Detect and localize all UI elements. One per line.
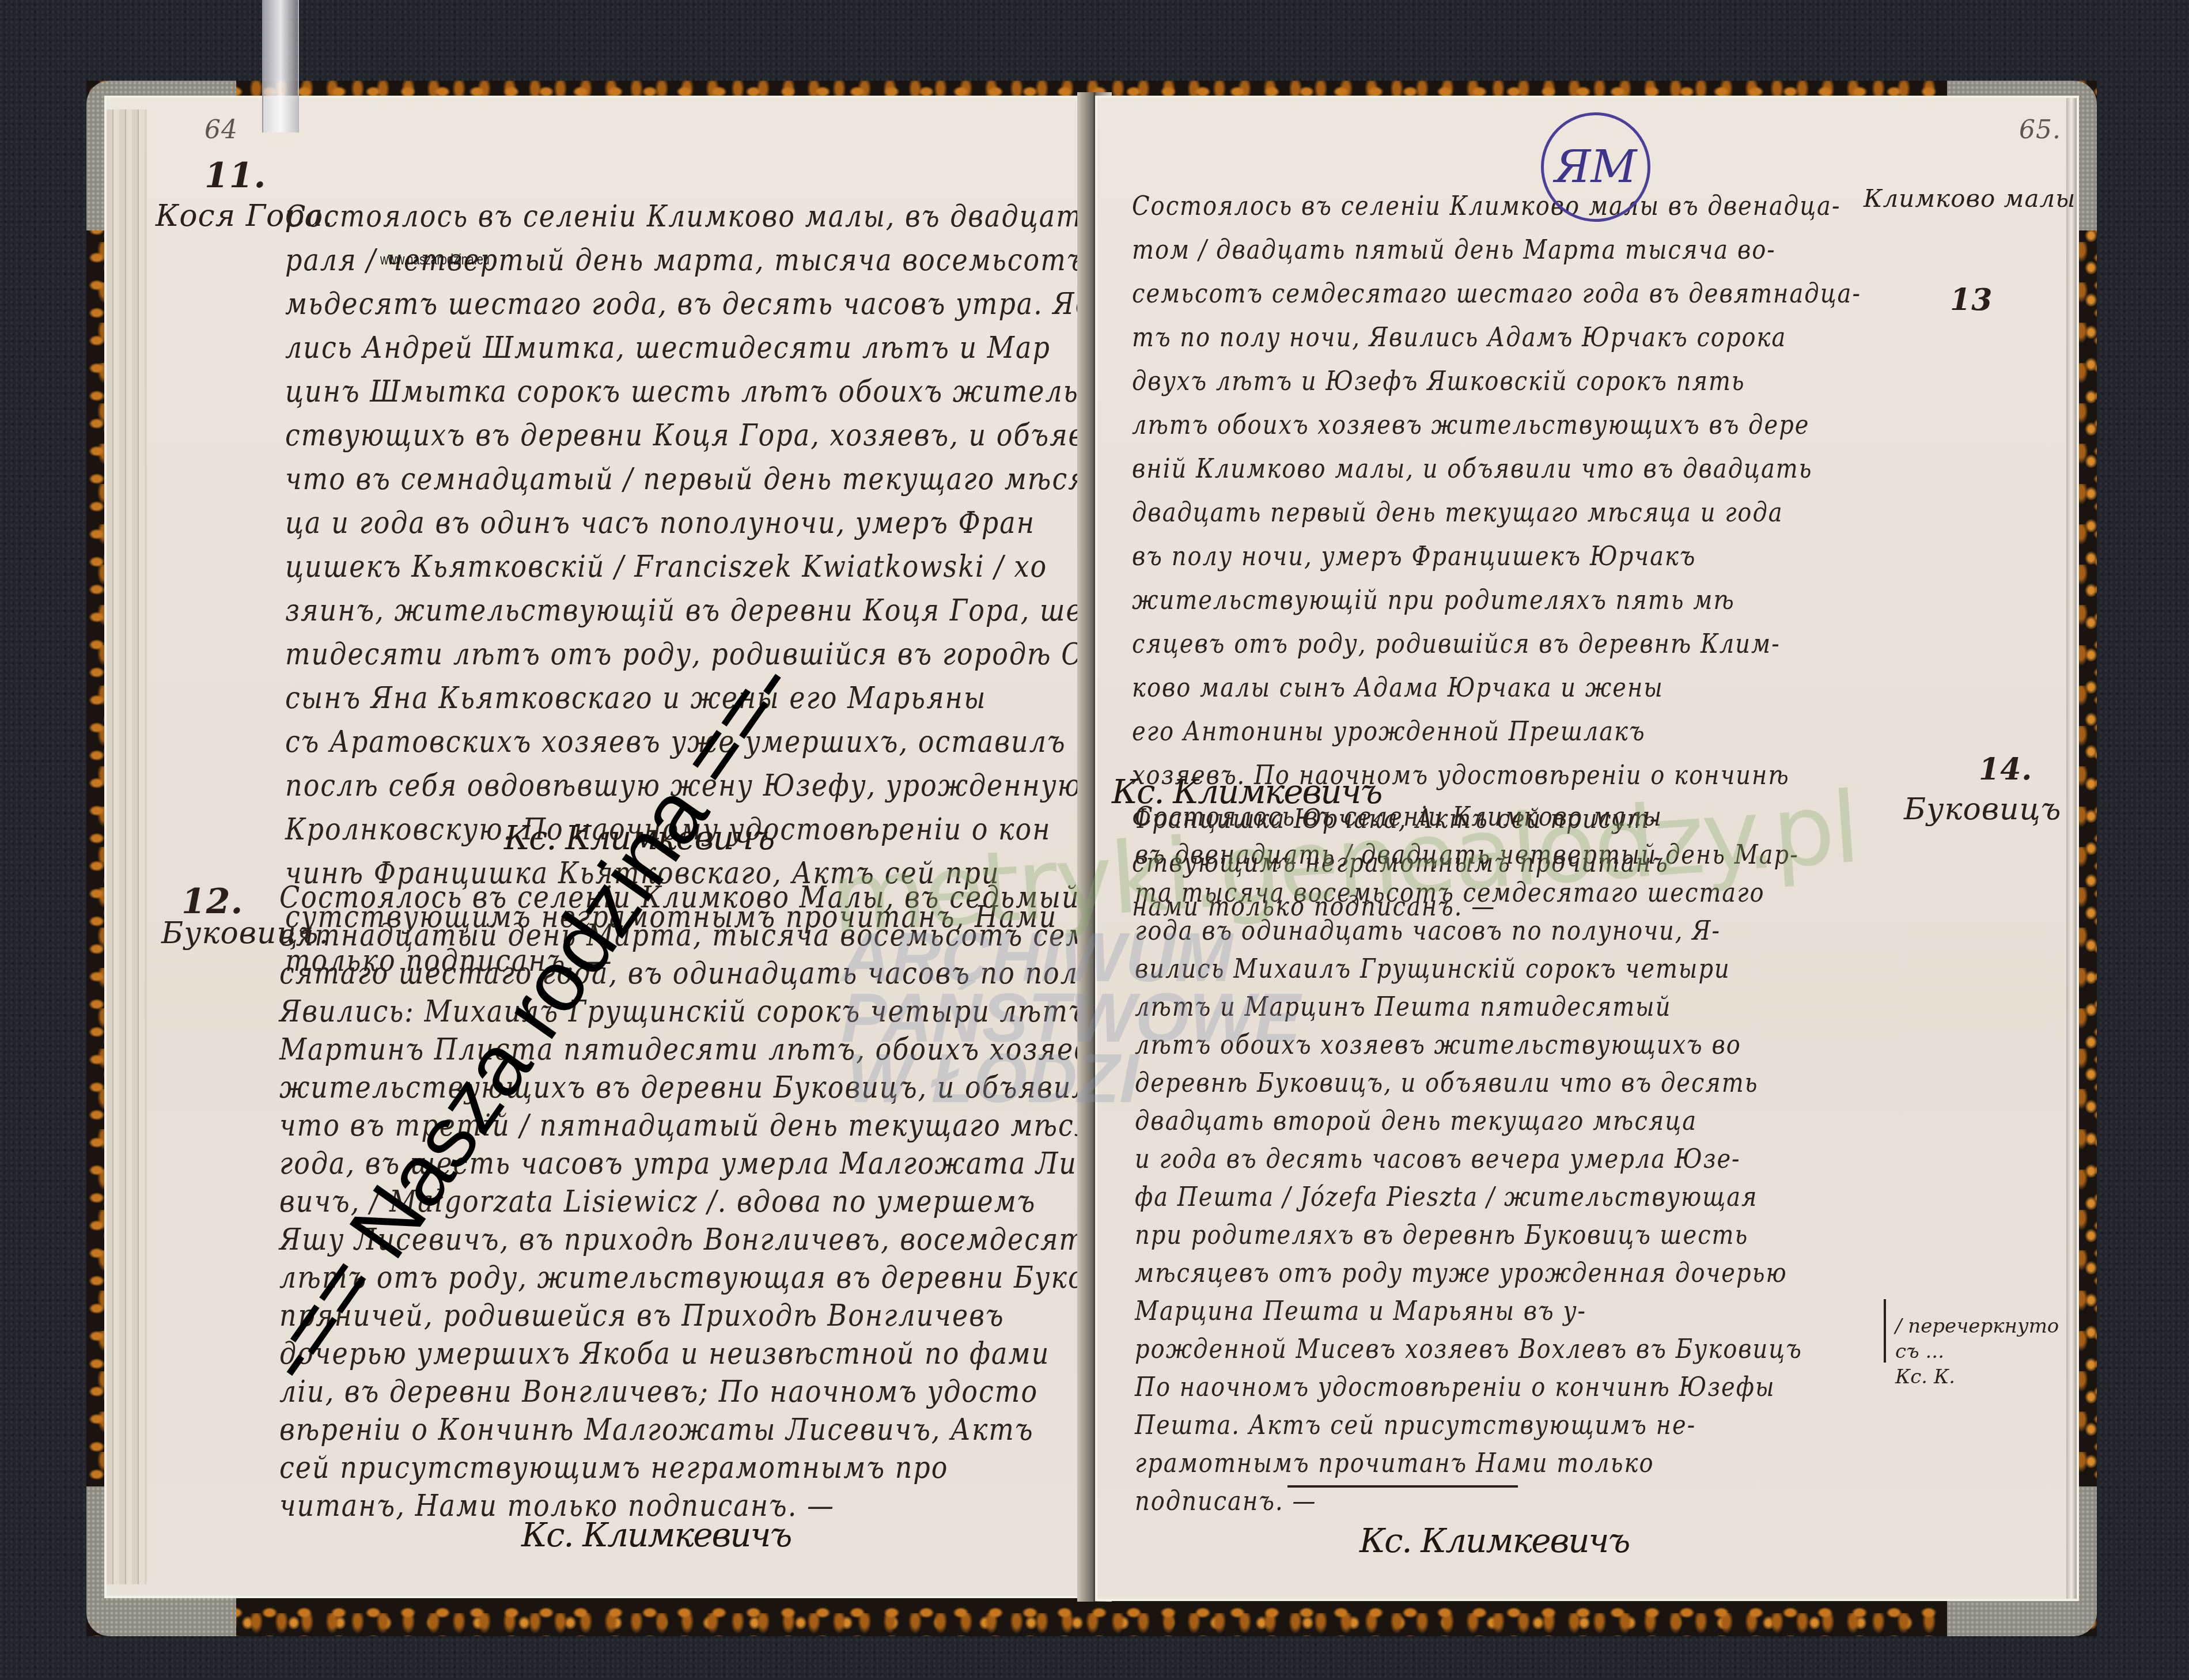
text-line: двадцать второй день текущаго мѣсяца <box>1135 1106 1697 1137</box>
text-line: двухъ лѣтъ и Юзефъ Яшковскій сорокъ пять <box>1132 366 1745 397</box>
text-line: при родителяхъ въ деревнѣ Буковицъ шесть <box>1135 1220 1748 1251</box>
page-number: 64 <box>204 115 238 145</box>
text-line: фа Пешта / Józefa Pieszta / жительствующ… <box>1135 1182 1758 1213</box>
entry-place: Климково малы <box>1864 184 2076 213</box>
margin-bracket <box>1884 1299 1886 1363</box>
text-line: тидесяти лѣтъ отъ роду, родившійся въ го… <box>285 636 1101 672</box>
text-line: въ полу ночи, умеръ Францишекъ Юрчакъ <box>1132 542 1696 572</box>
entry-number: 14. <box>1979 752 2032 787</box>
text-line: что въ семнадцатый / первый день текущаг… <box>285 461 1087 497</box>
page-number: 65. <box>2019 115 2061 145</box>
text-line: мѣсяцевъ отъ роду туже урожденная дочерь… <box>1135 1258 1787 1289</box>
text-line: Состоялось въ селеніи Климково малы, въ … <box>285 198 1188 234</box>
text-line: сей присутствующимъ неграмотнымъ про <box>279 1450 948 1485</box>
text-line: По наочномъ удостовѣреніи о кончинѣ Юзеф… <box>1135 1372 1775 1403</box>
watermark-archive: ARCHIWUM PAŃSTWOWE W ŁODZI <box>841 928 1301 1109</box>
text-line: двадцать первый день текущаго мѣсяца и г… <box>1132 498 1783 528</box>
priest-signature: Кс. Климкевичъ <box>521 1515 791 1554</box>
entry-number: 11. <box>204 156 266 196</box>
text-line: Состоялось въ селеніи Климково малы въ д… <box>1132 191 1840 222</box>
text-line: рожденной Мисевъ хозяевъ Вохлевъ въ Буко… <box>1135 1334 1802 1365</box>
text-line: грамотнымъ прочитанъ Нами только <box>1135 1448 1654 1479</box>
watermark-archive-line: W ŁODZI <box>841 1049 1301 1109</box>
text-line: его Антонины урожденной Прешлакъ <box>1132 717 1646 747</box>
text-line: том / двадцать пятый день Марта тысяча в… <box>1132 235 1776 266</box>
text-line: мьдесятъ шестаго года, въ десять часовъ … <box>285 286 1110 321</box>
archive-stamp: ЯМ <box>1541 112 1650 222</box>
text-line: зяинъ, жительствующій въ деревни Коця Го… <box>285 592 1099 628</box>
priest-signature: Кс. Климкевичъ <box>1359 1521 1629 1560</box>
entry-place: Буковицъ <box>1904 792 2061 827</box>
text-line: лись Андрей Шмитка, шестидесяти лѣтъ и М… <box>285 330 1051 365</box>
text-line: сынъ Яна Кьятковскаго и жены его Марьяны <box>285 680 986 716</box>
text-line: семьсотъ семдесятаго шестаго года въ дев… <box>1132 279 1861 309</box>
watermark-site-url: www.naszarodzina.eu <box>380 251 490 268</box>
text-line: дочерью умершихъ Якоба и неизвѣстной по … <box>279 1335 1050 1371</box>
glass-ruler <box>262 0 299 133</box>
text-line: Марцина Пешта и Марьяны въ у- <box>1135 1296 1586 1327</box>
margin-note-line: Кс. К. <box>1895 1364 2059 1390</box>
text-line: цинъ Шмытка сорокъ шесть лѣтъ обоихъ жит… <box>285 373 1079 409</box>
text-line: подписанъ. — <box>1135 1486 1316 1517</box>
text-line: ліи, въ деревни Вонгличевъ; По наочномъ … <box>279 1373 1038 1409</box>
text-line: лѣтъ обоихъ хозяевъ жительствующихъ въ д… <box>1132 410 1809 441</box>
margin-note-line: / перечеркнуто <box>1895 1314 2059 1339</box>
stamp-monogram: ЯМ <box>1555 141 1637 193</box>
text-line: сяцевъ отъ роду, родившійся въ деревнѣ К… <box>1132 629 1781 660</box>
text-line: Пешта. Актъ сей присутствующимъ не- <box>1135 1410 1696 1441</box>
text-line: цишекъ Кьятковскій / Franciszek Kwiatkow… <box>285 548 1047 584</box>
text-line: ца и года въ одинъ часъ пополуночи, умер… <box>285 505 1035 540</box>
text-line: ствующихъ въ деревни Коця Гора, хозяевъ,… <box>285 417 1139 453</box>
page-edges <box>107 109 147 1584</box>
text-line: ково малы сынъ Адама Юрчака и жены <box>1132 673 1664 703</box>
text-line: жительствующій при родителяхъ пять мѣ <box>1132 585 1735 616</box>
margin-correction-note: / перечеркнуто съ ... Кс. К. <box>1895 1314 2059 1390</box>
page-edge <box>2066 98 2077 1599</box>
entry-number: 13 <box>1950 282 1993 317</box>
margin-note-line: съ ... <box>1895 1339 2059 1364</box>
closing-rule <box>1287 1485 1518 1488</box>
text-line: вѣреніи о Кончинѣ Малгожаты Лисевичъ, Ак… <box>279 1412 1034 1447</box>
text-line: тъ по полу ночи, Явились Адамъ Юрчакъ со… <box>1132 323 1786 353</box>
text-line: и года въ десять часовъ вечера умерла Юз… <box>1135 1144 1741 1175</box>
text-line: вній Климково малы, и объявили что въ дв… <box>1132 454 1812 485</box>
